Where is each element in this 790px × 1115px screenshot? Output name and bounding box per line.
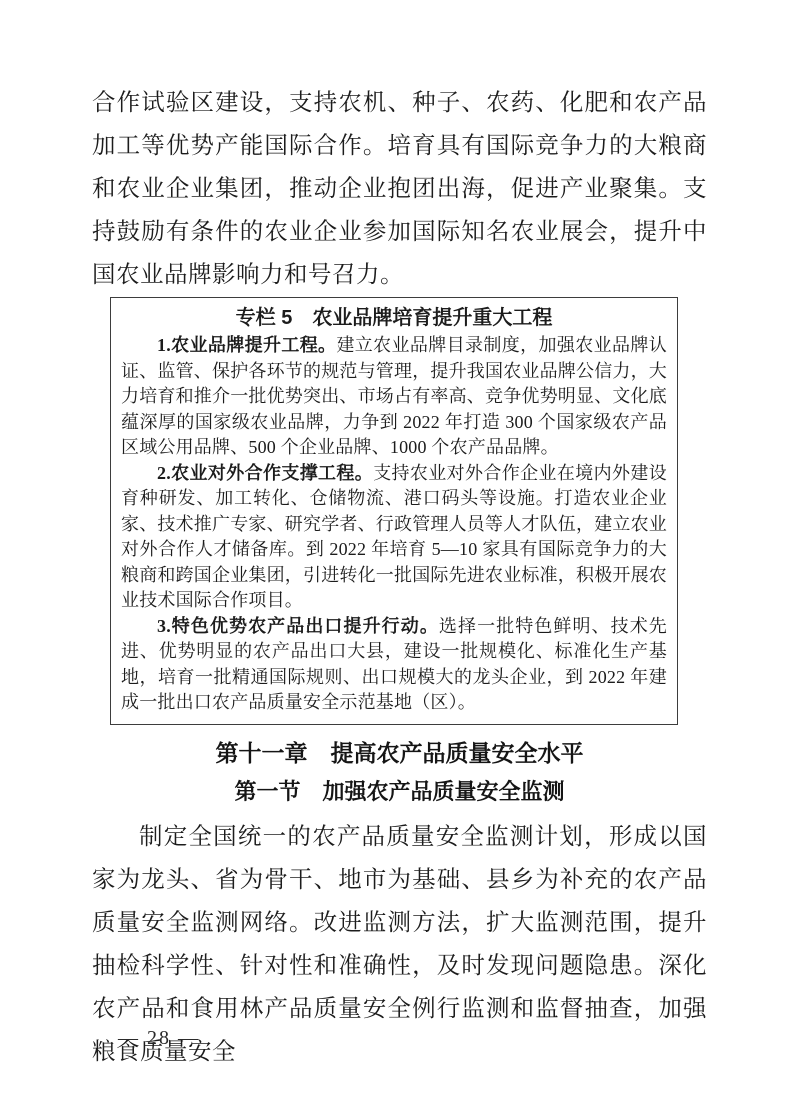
box-item-2-text: 支持农业对外合作企业在境内外建设育种研发、加工转化、仓储物流、港口码头等设施。打… [121,463,667,611]
box-item-2: 2.农业对外合作支撑工程。支持农业对外合作企业在境内外建设育种研发、加工转化、仓… [121,461,667,614]
intro-paragraph: 合作试验区建设，支持农机、种子、农药、化肥和农产品加工等优势产能国际合作。培育具… [92,82,707,297]
box-item-1: 1.农业品牌提升工程。建立农业品牌目录制度，加强农业品牌认证、监管、保护各环节的… [121,333,667,461]
feature-box-title: 专栏 5 农业品牌培育提升重大工程 [121,303,667,333]
box-item-3-lead: 3.特色优势农产品出口提升行动。 [157,616,439,636]
chapter-heading: 第十一章 提高农产品质量安全水平 [92,738,707,768]
feature-box-column5: 专栏 5 农业品牌培育提升重大工程 1.农业品牌提升工程。建立农业品牌目录制度，… [110,297,678,725]
page-number: — 28 — [118,1026,200,1050]
page-content: 合作试验区建设，支持农机、种子、农药、化肥和农产品加工等优势产能国际合作。培育具… [92,0,707,1074]
section-heading: 第一节 加强农产品质量安全监测 [92,777,707,807]
box-item-1-lead: 1.农业品牌提升工程。 [157,335,336,355]
document-page: 合作试验区建设，支持农机、种子、农药、化肥和农产品加工等优势产能国际合作。培育具… [0,0,790,1115]
box-item-2-lead: 2.农业对外合作支撑工程。 [157,463,373,483]
box-item-3: 3.特色优势农产品出口提升行动。选择一批特色鲜明、技术先进、优势明显的农产品出口… [121,614,667,716]
